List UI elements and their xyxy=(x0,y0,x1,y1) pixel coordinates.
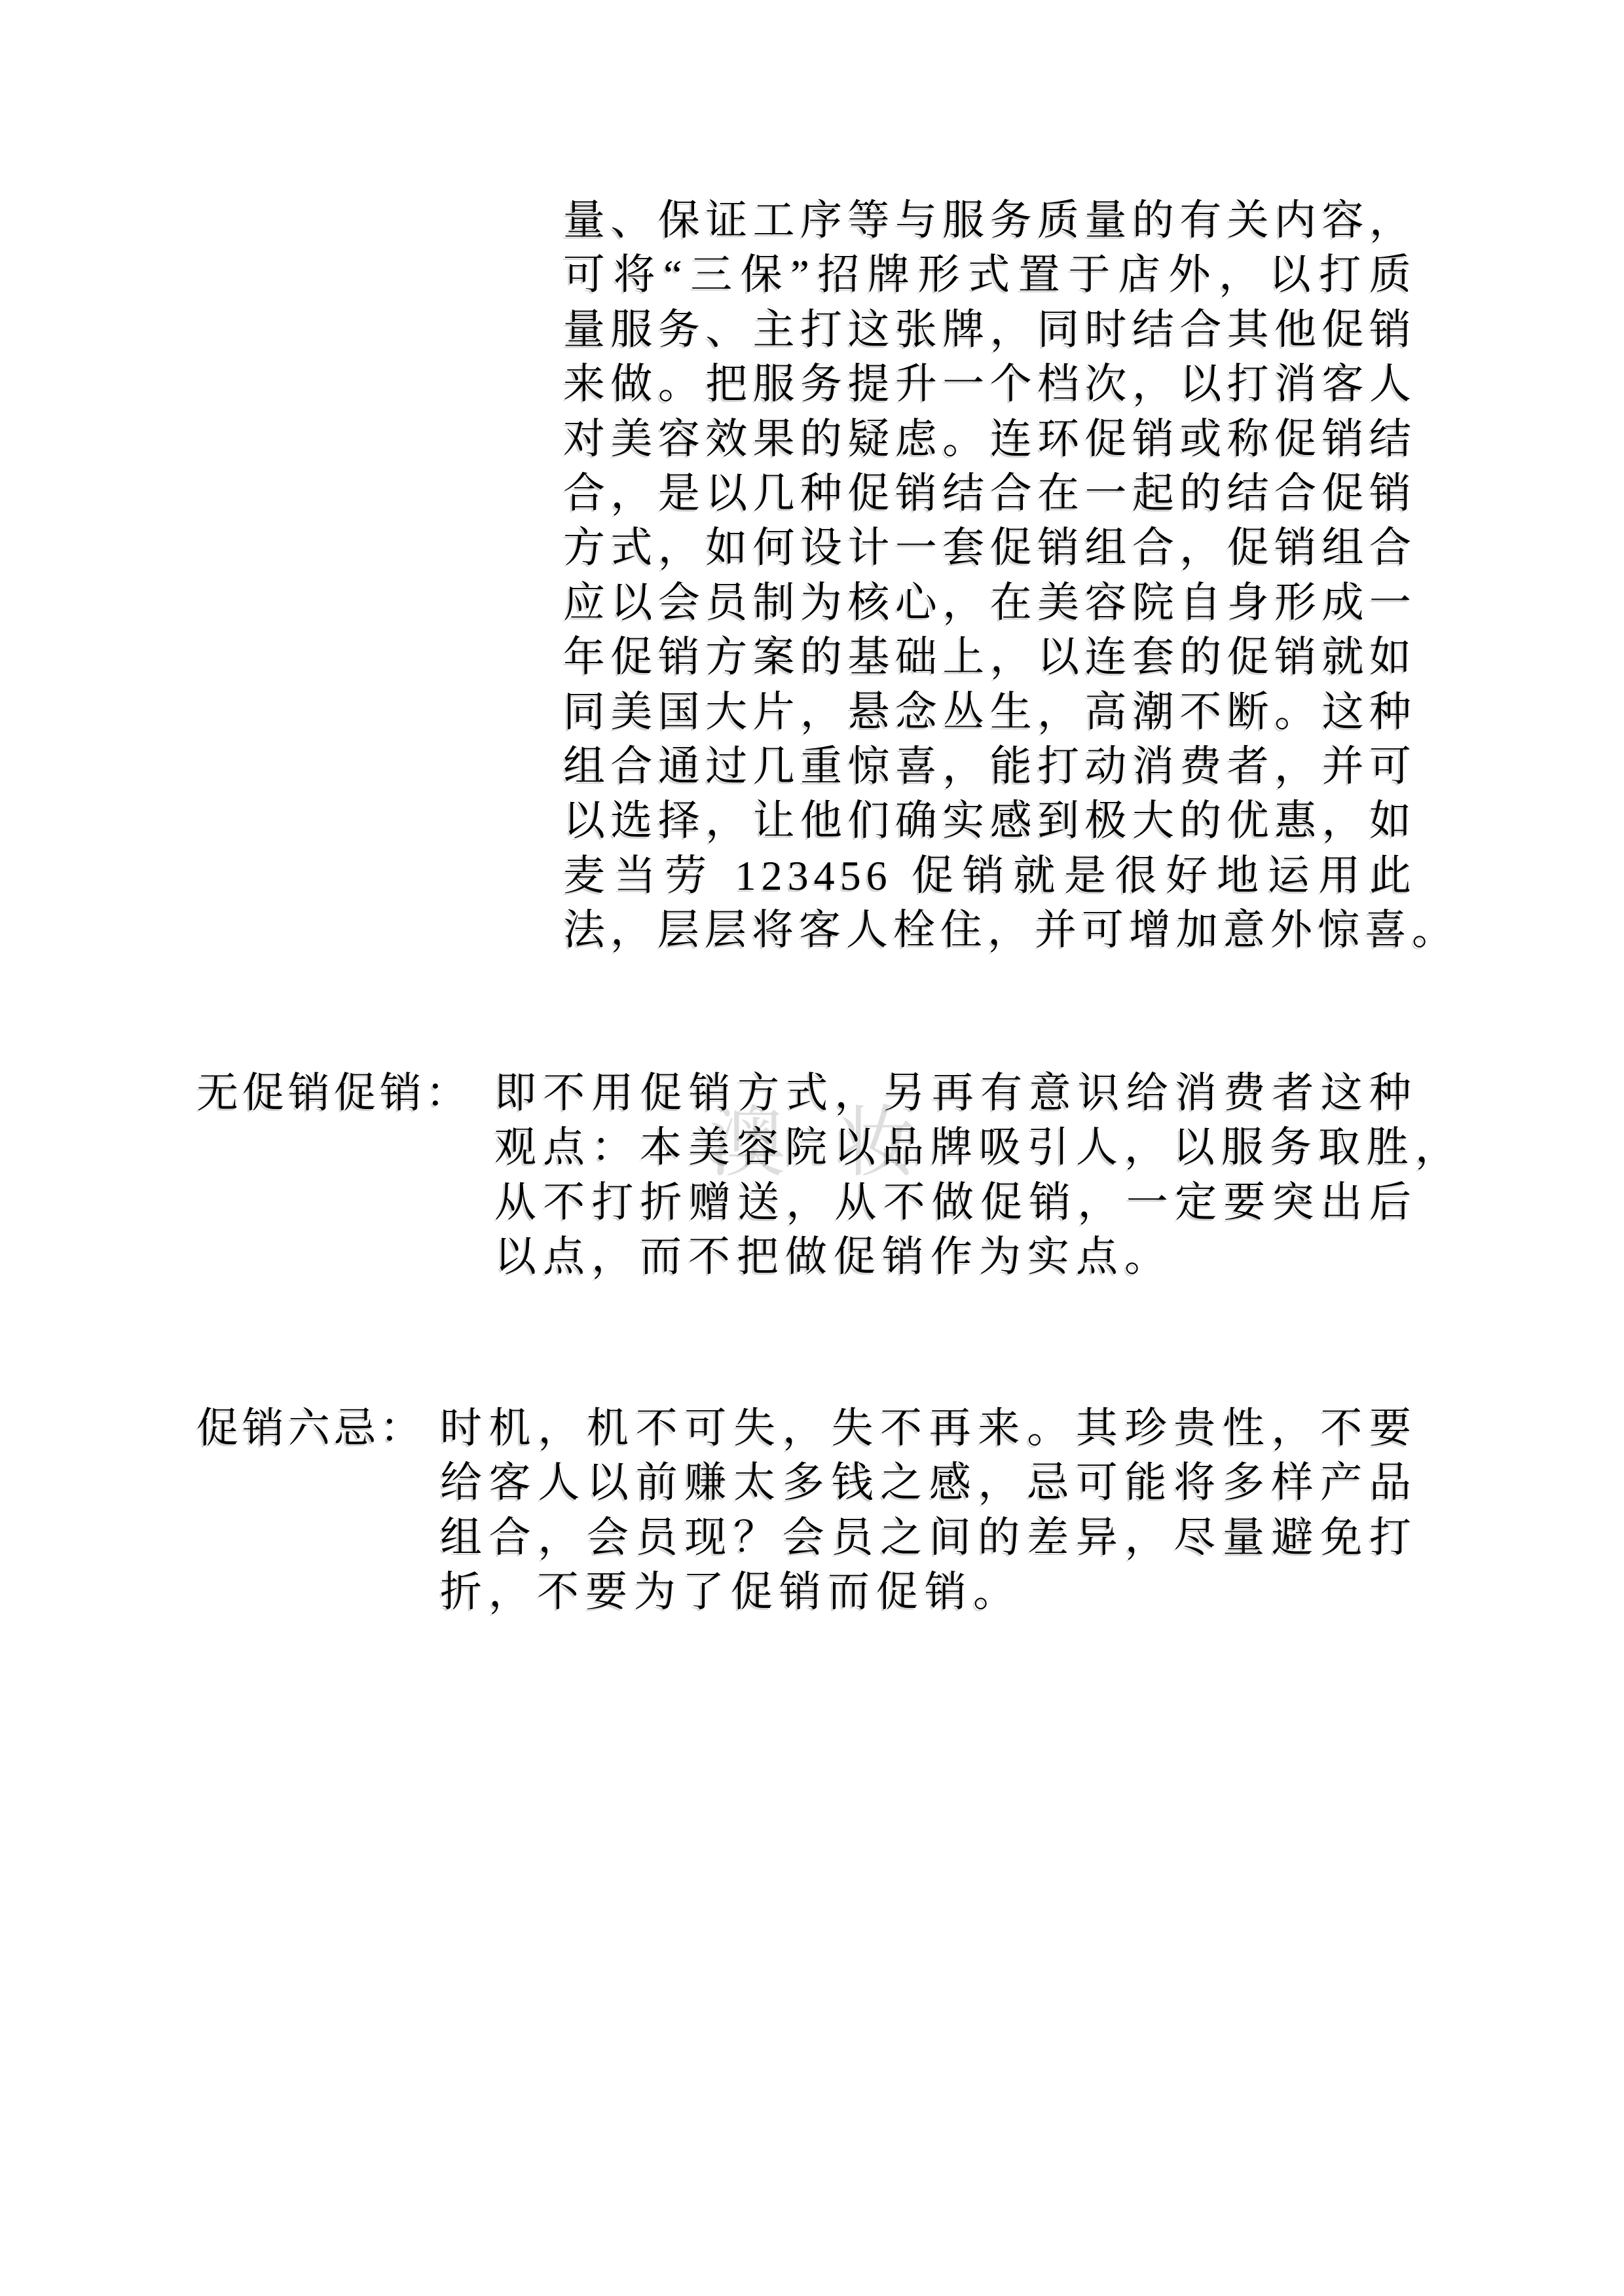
text-line: 对美容效果的疑虑。连环促销或称促销结 xyxy=(563,412,1416,466)
paragraph-six-promotion-taboos: 促销六忌： 时机，机不可失，失不再来。其珍贵性，不要给客人以前赚太多钱之感，忌可… xyxy=(196,1401,1418,1620)
text-line: 组合通过几重惊喜，能打动消费者，并可 xyxy=(563,739,1416,793)
text-line: 折，不要为了促销而促销。 xyxy=(440,1565,1418,1619)
text-line: 年促销方案的基础上，以连套的促销就如 xyxy=(563,630,1416,684)
text-line: 即不用促销方式，另再有意识给消费者这种 xyxy=(494,1066,1418,1120)
text-line: 观点：本美容院以品牌吸引人，以服务取胜， xyxy=(494,1120,1418,1175)
text-line: 从不打折赠送，从不做促销，一定要突出后 xyxy=(494,1175,1418,1230)
text-line: 可将“三保”招牌形式置于店外，以打质 xyxy=(563,247,1416,302)
text-line: 方式，如何设计一套促销组合，促销组合 xyxy=(563,520,1416,575)
paragraph-label: 无促销促销： xyxy=(196,1066,471,1120)
paragraph-body: 时机，机不可失，失不再来。其珍贵性，不要给客人以前赚太多钱之感，忌可能将多样产品… xyxy=(440,1401,1418,1620)
text-line: 以选择，让他们确实感到极大的优惠，如 xyxy=(563,793,1416,848)
paragraph-no-promotion-promotion: 无促销促销： 即不用促销方式，另再有意识给消费者这种观点：本美容院以品牌吸引人，… xyxy=(196,1066,1418,1285)
text-line: 量服务、主打这张牌，同时结合其他促销 xyxy=(563,302,1416,357)
text-line: 法，层层将客人栓住，并可增加意外惊喜。 xyxy=(563,903,1416,957)
text-line: 来做。把服务提升一个档次，以打消客人 xyxy=(563,357,1416,411)
text-line: 同美国大片，悬念丛生，高潮不断。这种 xyxy=(563,685,1416,739)
paragraph-body: 即不用促销方式，另再有意识给消费者这种观点：本美容院以品牌吸引人，以服务取胜，从… xyxy=(494,1066,1418,1285)
text-line: 应以会员制为核心，在美容院自身形成一 xyxy=(563,575,1416,630)
text-line: 合，是以几种促销结合在一起的结合促销 xyxy=(563,466,1416,520)
paragraph-label: 促销六忌： xyxy=(196,1401,426,1455)
document-page: 澳妆 量、保证工序等与服务质量的有关内容，可将“三保”招牌形式置于店外，以打质量… xyxy=(0,0,1624,2296)
paragraph-body: 量、保证工序等与服务质量的有关内容，可将“三保”招牌形式置于店外，以打质量服务、… xyxy=(563,193,1416,957)
text-line: 给客人以前赚太多钱之感，忌可能将多样产品 xyxy=(440,1455,1418,1510)
paragraph-continuation: 量、保证工序等与服务质量的有关内容，可将“三保”招牌形式置于店外，以打质量服务、… xyxy=(563,193,1416,957)
text-line: 麦当劳 123456 促销就是很好地运用此 xyxy=(563,848,1416,903)
text-line: 组合，会员现？会员之间的差异，尽量避免打 xyxy=(440,1510,1418,1565)
text-line: 以点，而不把做促销作为实点。 xyxy=(494,1230,1418,1284)
text-line: 时机，机不可失，失不再来。其珍贵性，不要 xyxy=(440,1401,1418,1455)
text-line: 量、保证工序等与服务质量的有关内容， xyxy=(563,193,1416,247)
